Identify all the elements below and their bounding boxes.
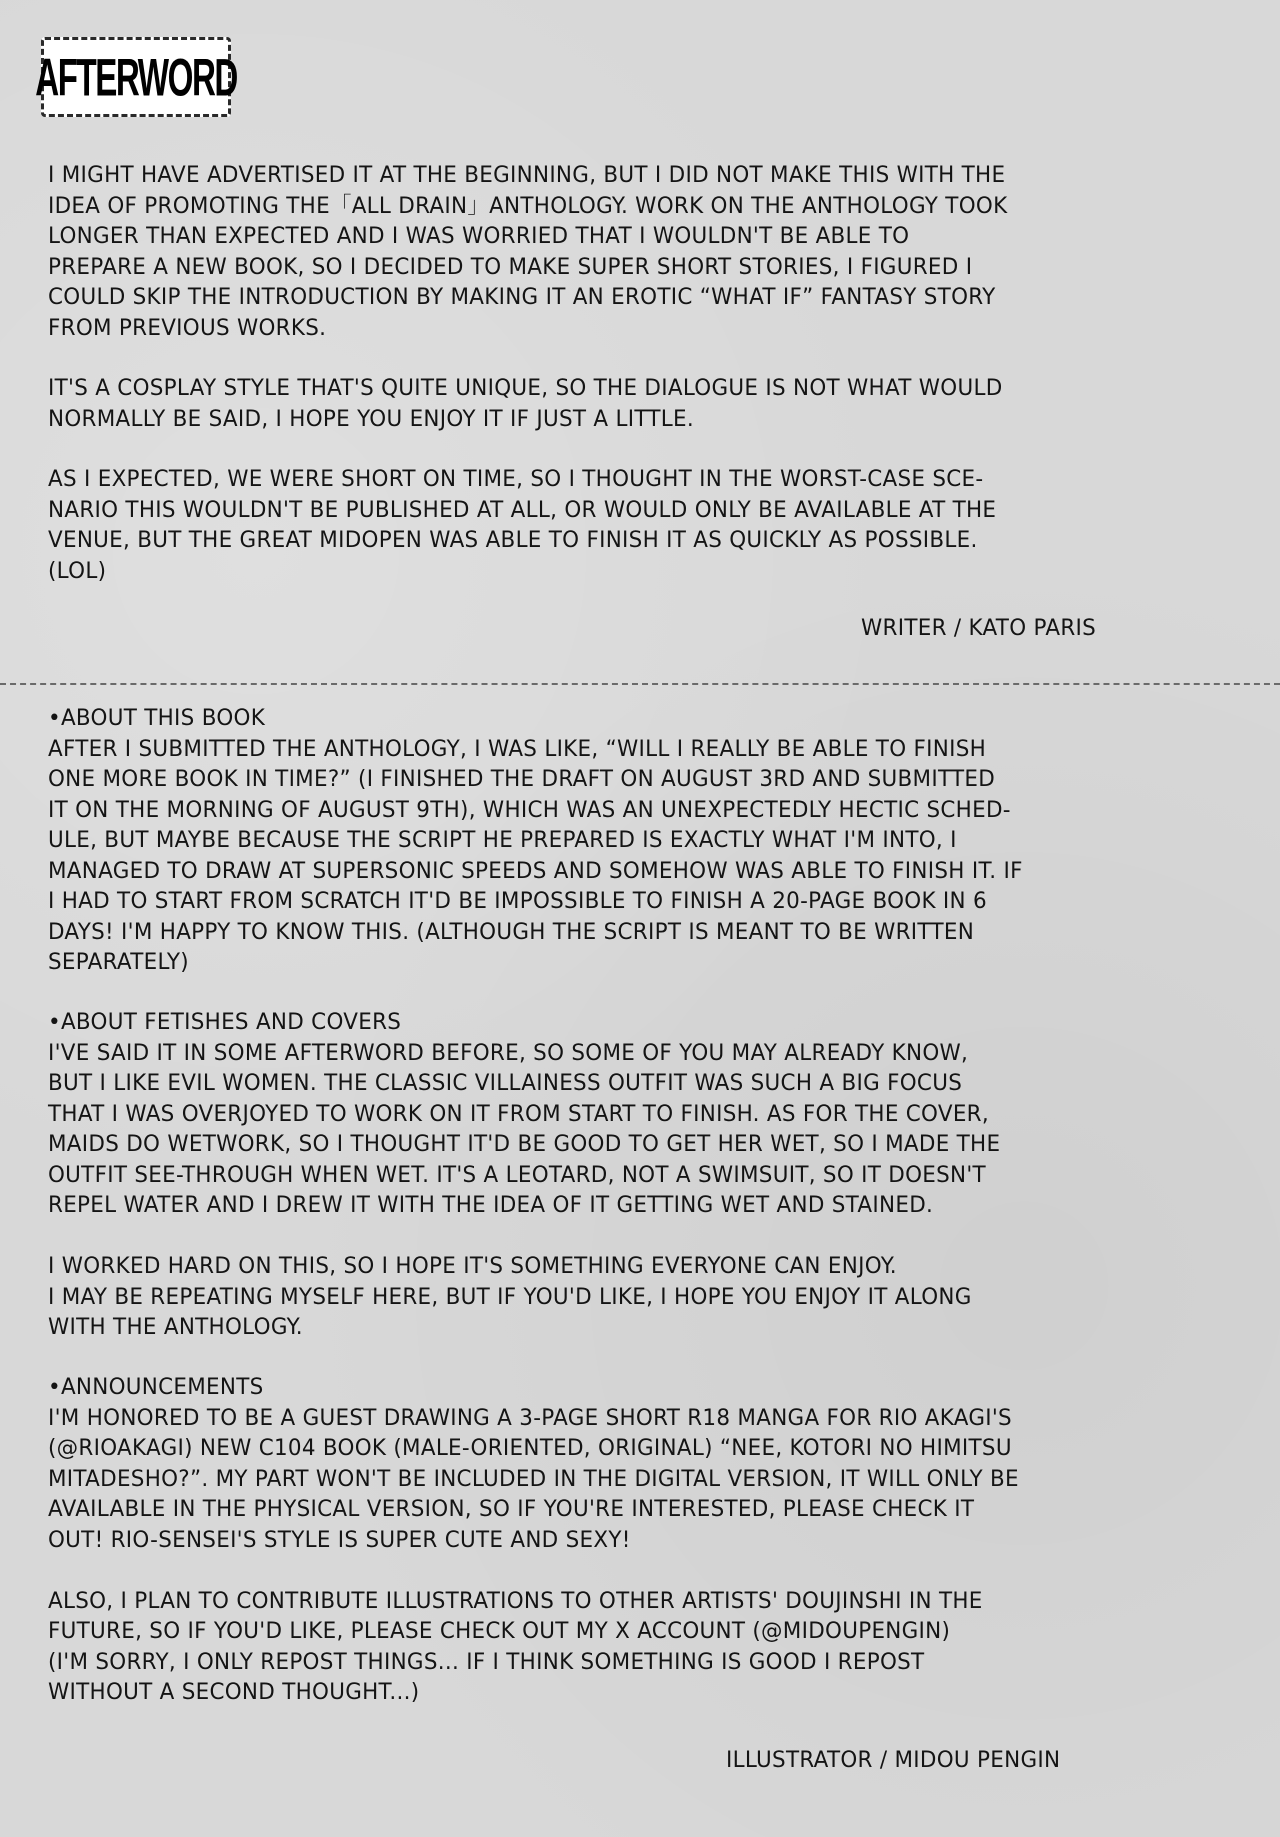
text-line: venue, but the great Midopen was able to… bbox=[48, 525, 1183, 556]
section-heading: •About this book bbox=[48, 703, 1183, 734]
text-line: days! I'm happy to know this. (Although … bbox=[48, 917, 1183, 948]
text-line: I worked hard on this, so I hope it's so… bbox=[48, 1251, 1183, 1282]
text-line: managed to draw at supersonic speeds and… bbox=[48, 856, 1183, 887]
text-line: could skip the introduction by making it… bbox=[48, 282, 1183, 313]
text-line: outfit see-through when wet. It's a leot… bbox=[48, 1160, 1183, 1191]
text-line: As I expected, we were short on time, so… bbox=[48, 464, 1183, 495]
paragraph-gap bbox=[48, 1221, 1238, 1252]
text-line: separately) bbox=[48, 947, 1183, 978]
text-line: from previous works. bbox=[48, 313, 1183, 344]
writer-paragraph-1: I might have advertised it at the beginn… bbox=[48, 160, 1238, 343]
text-line: it on the morning of August 9th), which … bbox=[48, 795, 1183, 826]
text-line: normally be said, I hope you enjoy it if… bbox=[48, 404, 1183, 435]
text-line: I've said it in some afterword before, s… bbox=[48, 1038, 1183, 1069]
section-divider bbox=[0, 683, 1280, 685]
text-line: nario this wouldn't be published at all,… bbox=[48, 495, 1183, 526]
section-announcements: •AnnouncementsI'm honored to be a guest … bbox=[48, 1372, 1238, 1708]
text-line: one more book in time?” (I finished the … bbox=[48, 764, 1183, 795]
text-line: It's a cosplay style that's quite unique… bbox=[48, 373, 1183, 404]
text-line: future, so if you'd like, please check o… bbox=[48, 1616, 1183, 1647]
text-line: prepare a new book, so I decided to make… bbox=[48, 252, 1183, 283]
writer-signature: Writer / Kato Paris bbox=[861, 613, 1096, 643]
text-line: After I submitted the anthology, I was l… bbox=[48, 734, 1183, 765]
text-line: that I was overjoyed to work on it from … bbox=[48, 1099, 1183, 1130]
text-line: Also, I plan to contribute illustrations… bbox=[48, 1586, 1183, 1617]
writer-paragraph-3: As I expected, we were short on time, so… bbox=[48, 464, 1238, 586]
text-line: I had to start from scratch it'd be impo… bbox=[48, 886, 1183, 917]
text-line: ule, but maybe because the script he pre… bbox=[48, 825, 1183, 856]
section-about-this-book: •About this bookAfter I submitted the an… bbox=[48, 703, 1238, 978]
text-line: repel water and I drew it with the idea … bbox=[48, 1190, 1183, 1221]
text-line: I might have advertised it at the beginn… bbox=[48, 160, 1183, 191]
text-line: but I like evil women. The classic villa… bbox=[48, 1068, 1183, 1099]
afterword-title-box: AFTERWORD bbox=[41, 37, 231, 117]
text-line: idea of promoting the「All Drain」antholog… bbox=[48, 191, 1183, 222]
text-line: (lol) bbox=[48, 556, 1183, 587]
text-line: without a second thought...) bbox=[48, 1677, 1183, 1708]
section-heading: •Announcements bbox=[48, 1372, 1183, 1403]
text-line: maids do wetwork, so I thought it'd be g… bbox=[48, 1129, 1183, 1160]
page-title: AFTERWORD bbox=[35, 46, 237, 108]
section-heading: •About fetishes and covers bbox=[48, 1007, 1183, 1038]
writer-paragraph-2: It's a cosplay style that's quite unique… bbox=[48, 373, 1238, 434]
text-line: out! Rio-sensei's style is super cute an… bbox=[48, 1525, 1183, 1556]
text-line: I may be repeating myself here, but if y… bbox=[48, 1282, 1183, 1313]
text-line: I'm honored to be a guest drawing a 3-pa… bbox=[48, 1403, 1183, 1434]
text-line: (I'm sorry, I only repost things... If I… bbox=[48, 1647, 1183, 1678]
text-line: Mitadesho?”. My part won't be included i… bbox=[48, 1464, 1183, 1495]
text-line: (@rioakagi) new C104 book (male-oriented… bbox=[48, 1433, 1183, 1464]
text-line: longer than expected and I was worried t… bbox=[48, 221, 1183, 252]
illustrator-signature: Illustrator / Midou Pengin bbox=[726, 1745, 1060, 1775]
paragraph-gap bbox=[48, 1555, 1238, 1586]
text-line: available in the physical version, so if… bbox=[48, 1494, 1183, 1525]
section-about-fetishes-and-covers: •About fetishes and coversI've said it i… bbox=[48, 1007, 1238, 1343]
text-line: with the anthology. bbox=[48, 1312, 1183, 1343]
